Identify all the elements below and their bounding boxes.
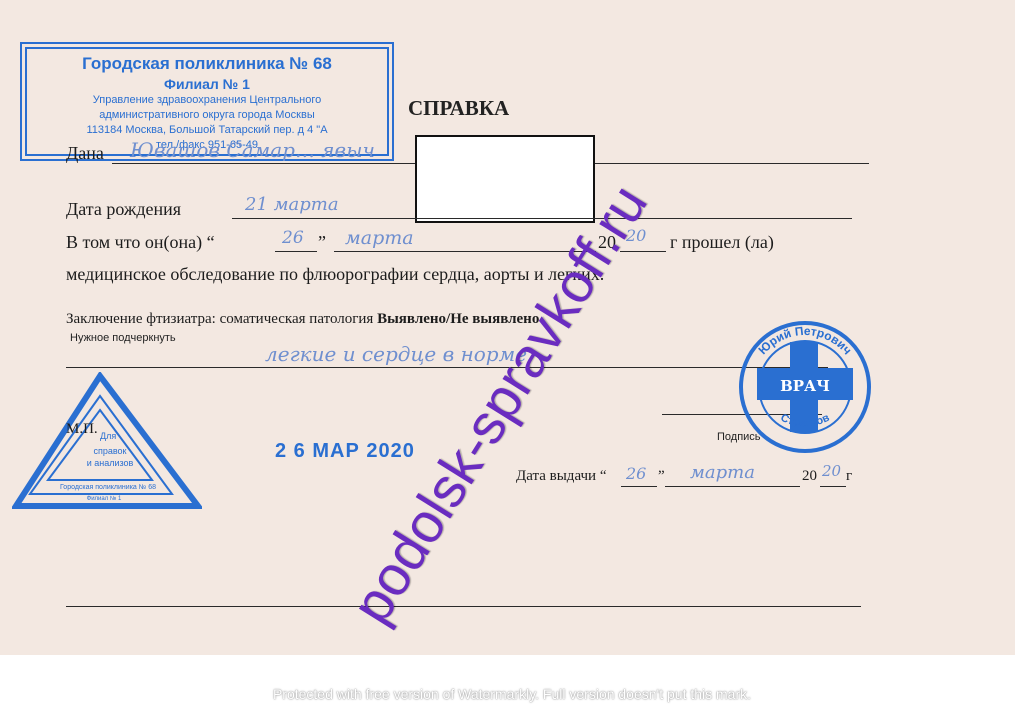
triangle-text: и анализов bbox=[87, 458, 134, 468]
conclusion-line: Заключение фтизиатра: соматическая патол… bbox=[66, 311, 539, 328]
stamp-branch: Филиал № 1 bbox=[22, 76, 392, 92]
triangle-inner-text: Для bbox=[100, 431, 116, 441]
exam-prefix: В том что он(она) “ bbox=[66, 232, 215, 253]
issue-month-line bbox=[665, 486, 800, 487]
exam-description: медицинское обследование по флюорографии… bbox=[66, 264, 604, 285]
issue-day-handwritten: 26 bbox=[626, 464, 646, 483]
stamp-clinic-name: Городская поликлиника № 68 bbox=[22, 54, 392, 74]
dob-handwritten: 21 марта bbox=[245, 194, 339, 215]
dob-label: Дата рождения bbox=[66, 199, 181, 220]
underline-hint: Нужное подчеркнуть bbox=[70, 332, 176, 344]
document-title: СПРАВКА bbox=[408, 96, 509, 121]
given-handwritten: Ювашов Самар… явыч bbox=[130, 138, 375, 162]
conclusion-label: Заключение фтизиатра: соматическая патол… bbox=[66, 311, 377, 327]
conclusion-value-line bbox=[66, 367, 828, 368]
triangle-stamp: справок и анализов Городская поликлиника… bbox=[12, 372, 202, 512]
seal-label: М.П. bbox=[66, 421, 98, 438]
given-label: Дана bbox=[66, 143, 104, 164]
issue-year-line bbox=[820, 486, 846, 487]
doctor-stamp-center: ВРАЧ bbox=[780, 377, 830, 395]
stamp-line: административного округа города Москвы bbox=[22, 108, 392, 122]
triangle-text: справок bbox=[93, 446, 126, 456]
dob-line bbox=[232, 218, 852, 219]
doctor-stamp: ВРАЧ Юрий Петрович Стрелков bbox=[735, 320, 875, 455]
issue-day-line bbox=[621, 486, 657, 487]
exam-suffix: г прошел (ла) bbox=[670, 232, 774, 253]
triangle-text: Филиал № 1 bbox=[87, 495, 122, 502]
issue-quote: ” bbox=[658, 468, 665, 485]
redaction-box bbox=[415, 135, 595, 223]
issue-month-handwritten: марта bbox=[690, 462, 755, 483]
exam-month-handwritten: марта bbox=[345, 227, 414, 249]
issue-year-prefix: 20 bbox=[802, 468, 817, 485]
stamp-line: Управление здравоохранения Центрального bbox=[22, 93, 392, 107]
bottom-line bbox=[66, 606, 861, 607]
exam-day-handwritten: 26 bbox=[282, 228, 304, 248]
stamp-address: 113184 Москва, Большой Татарский пер. д … bbox=[22, 123, 392, 137]
exam-day-line bbox=[275, 251, 317, 252]
issue-label: Дата выдачи “ bbox=[516, 468, 606, 485]
date-stamp: 2 6 МАР 2020 bbox=[275, 440, 415, 463]
issue-suffix: г bbox=[846, 468, 852, 485]
footer-watermark: Protected with free version of Watermark… bbox=[0, 686, 1024, 702]
triangle-text: Городская поликлиника № 68 bbox=[60, 484, 156, 491]
exam-quote: ” bbox=[318, 232, 326, 253]
issue-year-handwritten: 20 bbox=[822, 462, 841, 480]
